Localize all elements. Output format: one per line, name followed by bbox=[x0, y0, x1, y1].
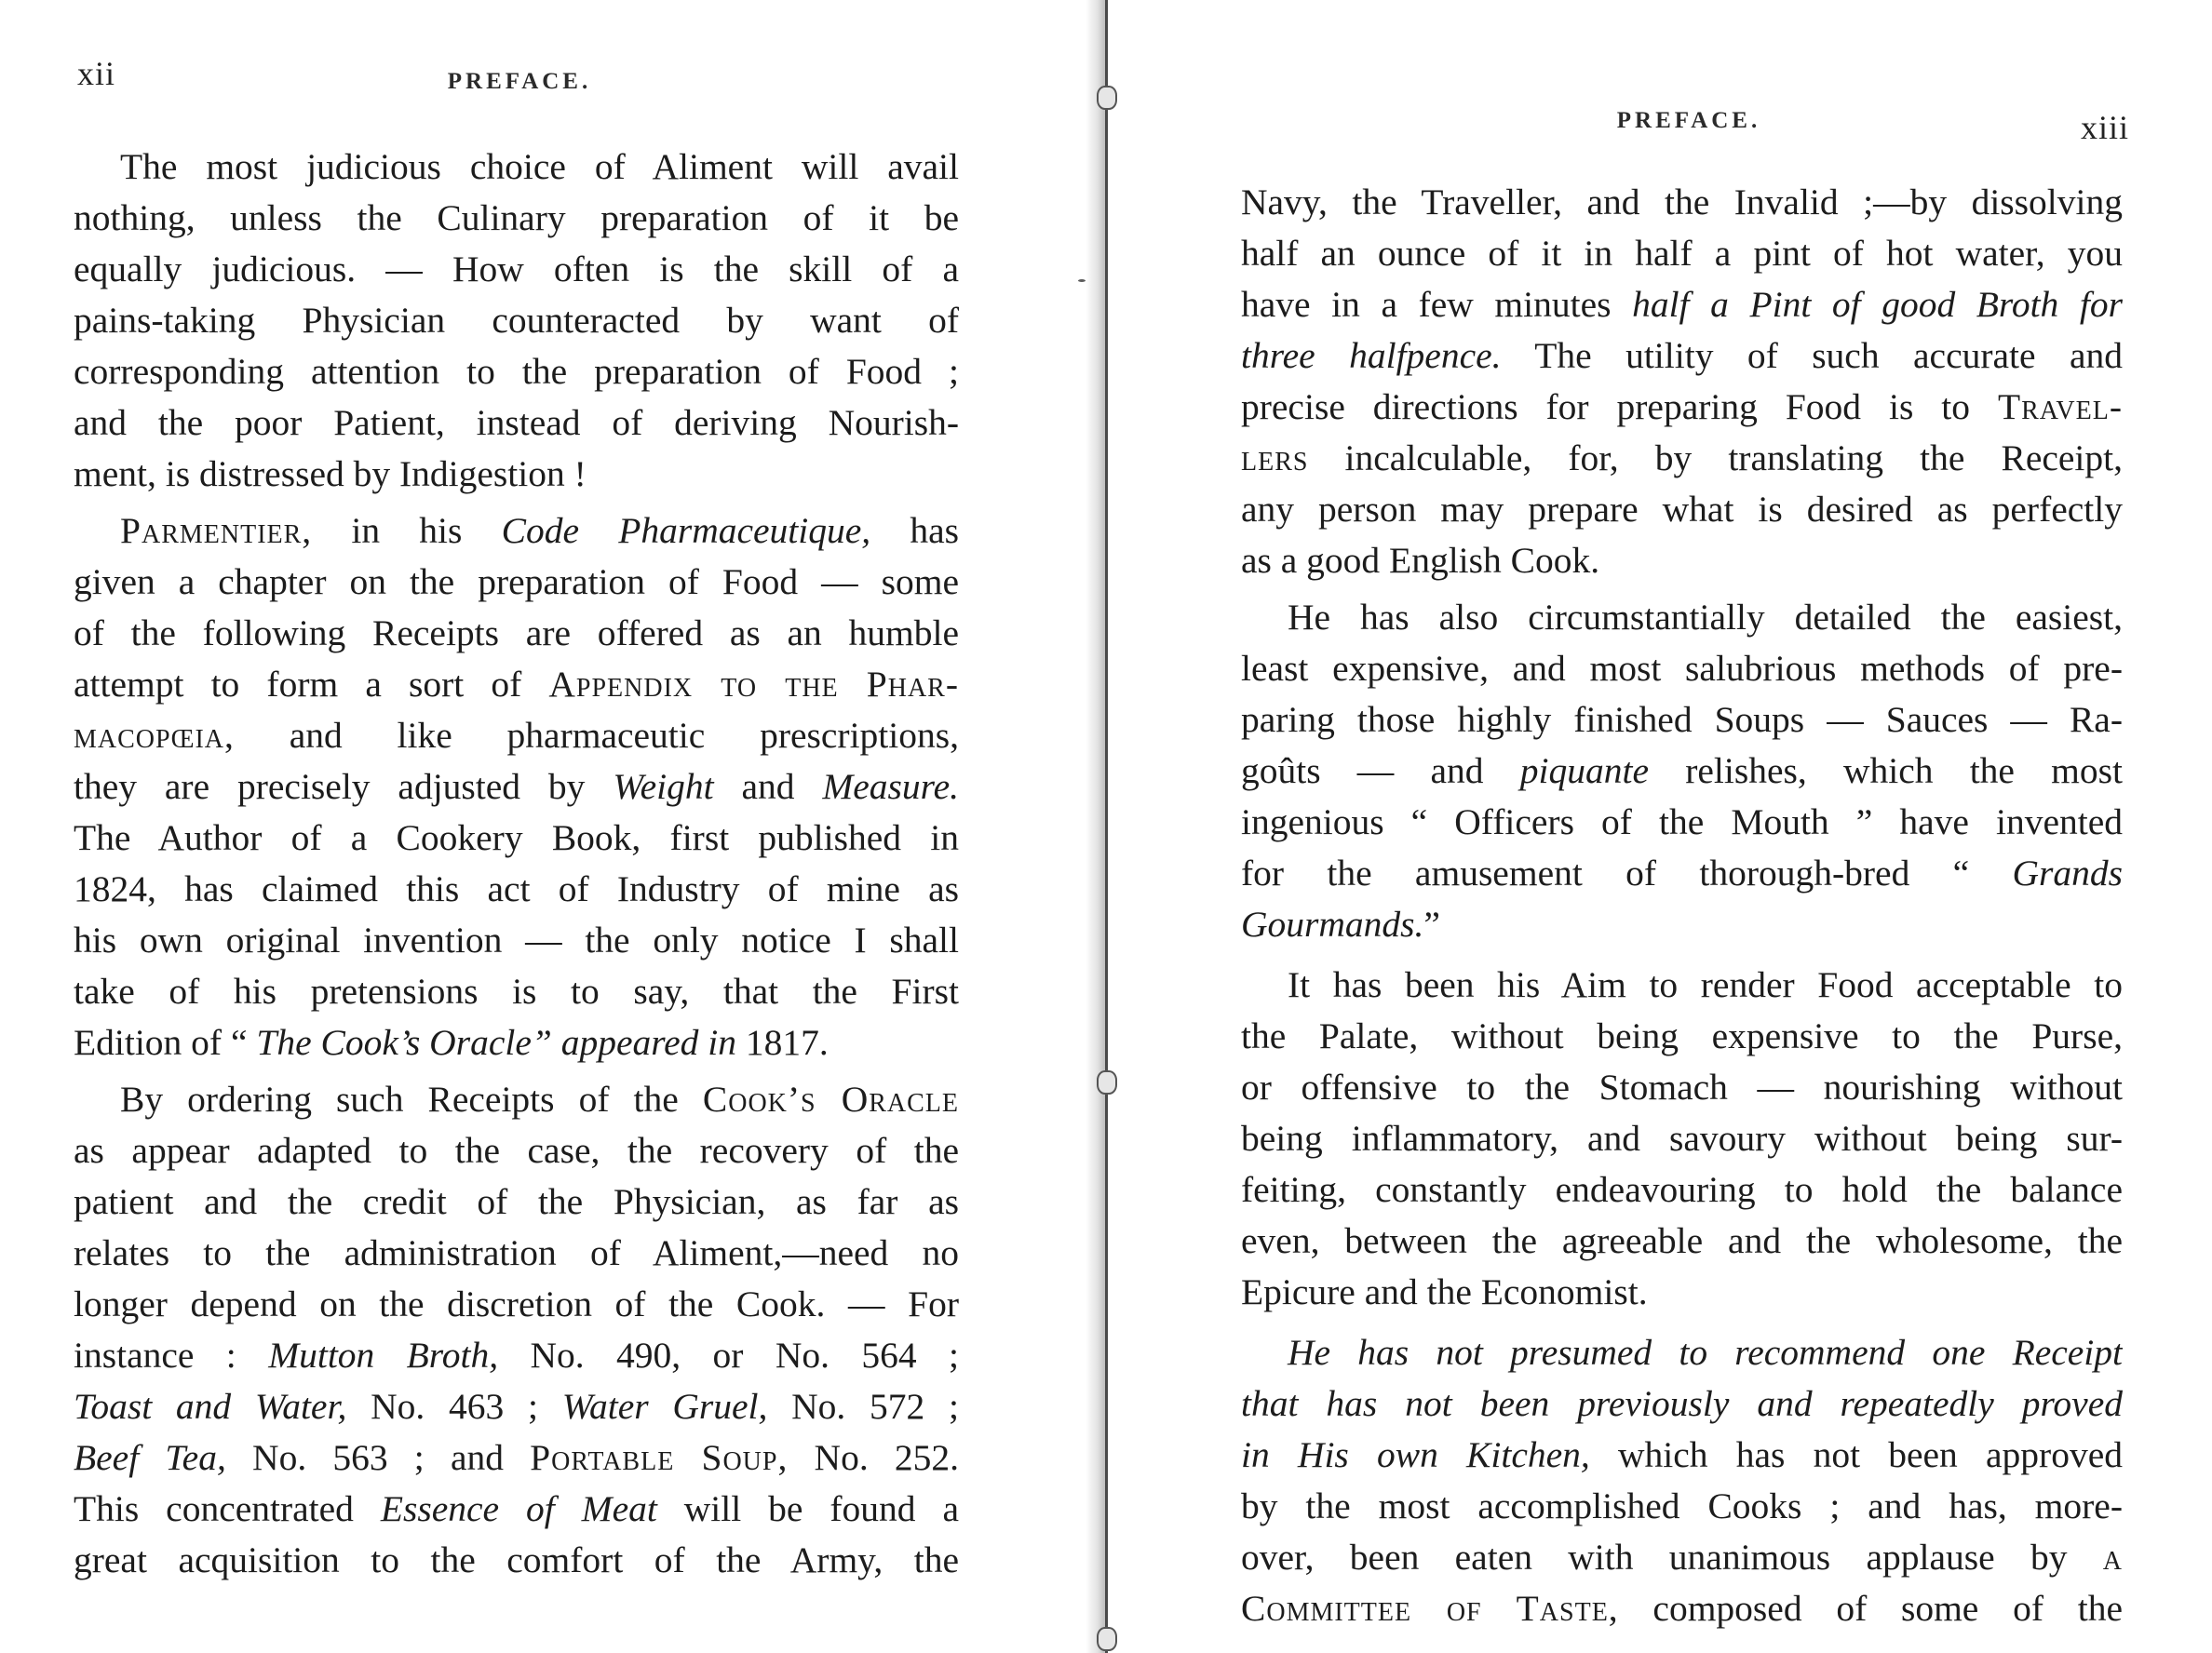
italic-word: Gourmands. bbox=[1241, 904, 1423, 945]
print-speck bbox=[1078, 279, 1086, 282]
page-number-right: xiii bbox=[2081, 108, 2129, 147]
text-line: Beef Tea, No. 563 ; and Portable Soup, N… bbox=[74, 1432, 959, 1484]
italic-recipe: Mutton Broth, bbox=[268, 1335, 498, 1376]
italic-word: Measure. bbox=[822, 766, 959, 807]
text-line: as a good English Cook. bbox=[1241, 535, 2123, 586]
text-line: least expensive, and most salubrious met… bbox=[1241, 643, 2123, 694]
text-line: three halfpence. The utility of such acc… bbox=[1241, 330, 2123, 382]
text-line: This concentrated Essence of Meat will b… bbox=[74, 1484, 959, 1535]
text-run: No. 463 ; bbox=[346, 1386, 561, 1427]
italic-recipe: Water Gruel, bbox=[562, 1386, 768, 1427]
text-line: The Author of a Cookery Book, first publ… bbox=[74, 813, 959, 864]
text-line: any person may prepare what is desired a… bbox=[1241, 484, 2123, 535]
text-run: No. 252. bbox=[788, 1437, 959, 1478]
text-line: and the poor Patient, instead of derivin… bbox=[74, 397, 959, 449]
italic-word: piquante bbox=[1520, 750, 1649, 791]
text-line: as appear adapted to the case, the recov… bbox=[74, 1125, 959, 1176]
text-run: attempt to form a sort of bbox=[74, 664, 548, 705]
running-head-left: PREFACE. bbox=[448, 69, 591, 95]
text-line: being inflammatory, and savoury without … bbox=[1241, 1113, 2123, 1164]
italic-word: Grands bbox=[2012, 853, 2123, 894]
text-run: for the amusement of thorough-bred “ bbox=[1241, 853, 2012, 894]
italic-phrase: Essence of Meat bbox=[381, 1488, 657, 1529]
italic-phrase: half a Pint of good Broth for bbox=[1632, 284, 2123, 325]
text-line: patient and the credit of the Physician,… bbox=[74, 1176, 959, 1228]
italic-phrase: three halfpence. bbox=[1241, 335, 1502, 376]
text-line: attempt to form a sort of Appendix to th… bbox=[74, 659, 959, 710]
text-line: take of his pretensions is to say, that … bbox=[74, 966, 959, 1017]
text-run: precise directions for preparing Food is… bbox=[1241, 386, 1998, 427]
text-line: 1824, has claimed this act of Industry o… bbox=[74, 864, 959, 915]
text-line: Committee of Taste, composed of some of … bbox=[1241, 1583, 2123, 1634]
italic-word: Weight bbox=[613, 766, 713, 807]
left-page: xii PREFACE. The most judicious choice o… bbox=[0, 0, 1099, 1653]
text-line: He has not presumed to recommend one Rec… bbox=[1241, 1327, 2123, 1378]
text-run: which has not been approved bbox=[1590, 1434, 2123, 1475]
italic-recipe: Toast and Water, bbox=[74, 1386, 346, 1427]
text-line: of the following Receipts are offered as… bbox=[74, 608, 959, 659]
text-run: By ordering such Receipts of the bbox=[120, 1079, 703, 1120]
text-line: Gourmands.” bbox=[1241, 899, 2123, 950]
text-line: his own original invention — the only no… bbox=[74, 915, 959, 966]
text-line: given a chapter on the preparation of Fo… bbox=[74, 557, 959, 608]
page-number-left: xii bbox=[77, 54, 115, 93]
text-line: instance : Mutton Broth, No. 490, or No.… bbox=[74, 1330, 959, 1381]
text-line: He has also circumstantially detailed th… bbox=[1241, 592, 2123, 643]
text-line: nothing, unless the Culinary preparation… bbox=[74, 193, 959, 244]
text-run: No. 563 ; and bbox=[226, 1437, 530, 1478]
text-line: corresponding attention to the preparati… bbox=[74, 346, 959, 397]
small-caps-word: Travel- bbox=[1998, 386, 2123, 427]
text-run: have in a few minutes bbox=[1241, 284, 1632, 325]
text-run: and like pharmaceutic prescriptions, bbox=[235, 715, 959, 756]
text-line: macopœia, and like pharmaceutic prescrip… bbox=[74, 710, 959, 761]
paragraph-1: Navy, the Traveller, and the Invalid ;—b… bbox=[1241, 177, 2123, 586]
text-run: they are precisely adjusted by bbox=[74, 766, 613, 807]
text-line: in His own Kitchen, which has not been a… bbox=[1241, 1430, 2123, 1481]
text-line: even, between the agreeable and the whol… bbox=[1241, 1216, 2123, 1267]
text-line: feiting, constantly endeavouring to hold… bbox=[1241, 1164, 2123, 1216]
text-line: goûts — and piquante relishes, which the… bbox=[1241, 746, 2123, 797]
text-line: relates to the administration of Aliment… bbox=[74, 1228, 959, 1279]
text-run: relishes, which the most bbox=[1649, 750, 2123, 791]
text-line: over, been eaten with unanimous applause… bbox=[1241, 1532, 2123, 1583]
text-run: The utility of such accurate and bbox=[1502, 335, 2123, 376]
small-caps-name: Parmentier, bbox=[120, 510, 312, 551]
paragraph-2: He has also circumstantially detailed th… bbox=[1241, 592, 2123, 950]
text-line: Parmentier, in his Code Pharmaceutique, … bbox=[74, 505, 959, 557]
italic-sentence: He has not presumed to recommend one Rec… bbox=[1288, 1332, 2123, 1373]
running-head-right: PREFACE. bbox=[1617, 108, 1760, 134]
text-run: and bbox=[714, 766, 823, 807]
text-line: longer depend on the discretion of the C… bbox=[74, 1279, 959, 1330]
text-line: precise directions for preparing Food is… bbox=[1241, 382, 2123, 433]
text-run: No. 490, or No. 564 ; bbox=[498, 1335, 959, 1376]
text-line: Navy, the Traveller, and the Invalid ;—b… bbox=[1241, 177, 2123, 228]
text-run: composed of some of the bbox=[1619, 1588, 2123, 1629]
book-gutter bbox=[1080, 0, 1117, 1653]
text-run: No. 572 ; bbox=[767, 1386, 959, 1427]
left-page-body: The most judicious choice of Aliment wil… bbox=[74, 141, 959, 1586]
italic-sentence: that has not been previously and repeate… bbox=[1241, 1383, 2123, 1424]
text-line: they are precisely adjusted by Weight an… bbox=[74, 761, 959, 813]
text-line: Toast and Water, No. 463 ; Water Gruel, … bbox=[74, 1381, 959, 1432]
text-run: 1817. bbox=[736, 1022, 829, 1063]
text-line: By ordering such Receipts of the Cook’s … bbox=[74, 1074, 959, 1125]
text-line: equally judicious. — How often is the sk… bbox=[74, 244, 959, 295]
text-line: The most judicious choice of Aliment wil… bbox=[74, 141, 959, 193]
text-run: Edition of “ bbox=[74, 1022, 256, 1063]
text-run: instance : bbox=[74, 1335, 268, 1376]
paragraph-1: The most judicious choice of Aliment wil… bbox=[74, 141, 959, 500]
text-line: ment, is distressed by Indigestion ! bbox=[74, 449, 959, 500]
text-line: It has been his Aim to render Food accep… bbox=[1241, 960, 2123, 1011]
text-line: have in a few minutes half a Pint of goo… bbox=[1241, 279, 2123, 330]
text-line: for the amusement of thorough-bred “ Gra… bbox=[1241, 848, 2123, 899]
text-line: ingenious “ Officers of the Mouth ” have… bbox=[1241, 797, 2123, 848]
paragraph-2: Parmentier, in his Code Pharmaceutique, … bbox=[74, 505, 959, 1068]
text-line: by the most accomplished Cooks ; and has… bbox=[1241, 1481, 2123, 1532]
small-caps-phrase: macopœia, bbox=[74, 715, 235, 756]
text-line: the Palate, without being expensive to t… bbox=[1241, 1011, 2123, 1062]
italic-recipe: Beef Tea, bbox=[74, 1437, 226, 1478]
right-page: PREFACE. xiii Navy, the Traveller, and t… bbox=[1113, 0, 2212, 1653]
small-caps-phrase: Committee of Taste, bbox=[1241, 1588, 1619, 1629]
small-caps-phrase: Appendix to the Phar- bbox=[548, 664, 959, 705]
spine-fold bbox=[1105, 0, 1108, 1653]
text-run: This concentrated bbox=[74, 1488, 381, 1529]
small-caps-title: Cook’s Oracle bbox=[703, 1079, 959, 1120]
text-line: paring those highly finished Soups — Sau… bbox=[1241, 694, 2123, 746]
italic-sentence: in His own Kitchen, bbox=[1241, 1434, 1590, 1475]
text-line: or offensive to the Stomach — nourishing… bbox=[1241, 1062, 2123, 1113]
small-caps-word: lers bbox=[1241, 437, 1308, 478]
text-line: Epicure and the Economist. bbox=[1241, 1267, 2123, 1318]
text-line: great acquisition to the comfort of the … bbox=[74, 1535, 959, 1586]
text-line: half an ounce of it in half a pint of ho… bbox=[1241, 228, 2123, 279]
text-run: has bbox=[870, 510, 959, 551]
text-run: in his bbox=[312, 510, 501, 551]
text-line: that has not been previously and repeate… bbox=[1241, 1378, 2123, 1430]
italic-title: The Cook’s Oracle” appeared in bbox=[256, 1022, 736, 1063]
text-run: ” bbox=[1423, 904, 1440, 945]
text-run: over, been eaten with unanimous applause… bbox=[1241, 1537, 2103, 1578]
small-caps-recipe: Portable Soup, bbox=[530, 1437, 788, 1478]
text-line: lers incalculable, for, by translating t… bbox=[1241, 433, 2123, 484]
text-run: goûts — and bbox=[1241, 750, 1520, 791]
paragraph-4: He has not presumed to recommend one Rec… bbox=[1241, 1327, 2123, 1634]
italic-title: Code Pharmaceutique, bbox=[502, 510, 871, 551]
text-run: incalculable, for, by translating the Re… bbox=[1308, 437, 2123, 478]
text-line: pains-taking Physician counteracted by w… bbox=[74, 295, 959, 346]
small-caps-word: a bbox=[2103, 1537, 2123, 1578]
paragraph-3: By ordering such Receipts of the Cook’s … bbox=[74, 1074, 959, 1586]
text-line: Edition of “ The Cook’s Oracle” appeared… bbox=[74, 1017, 959, 1068]
right-page-body: Navy, the Traveller, and the Invalid ;—b… bbox=[1241, 177, 2123, 1634]
text-run: will be found a bbox=[657, 1488, 959, 1529]
paragraph-3: It has been his Aim to render Food accep… bbox=[1241, 960, 2123, 1318]
